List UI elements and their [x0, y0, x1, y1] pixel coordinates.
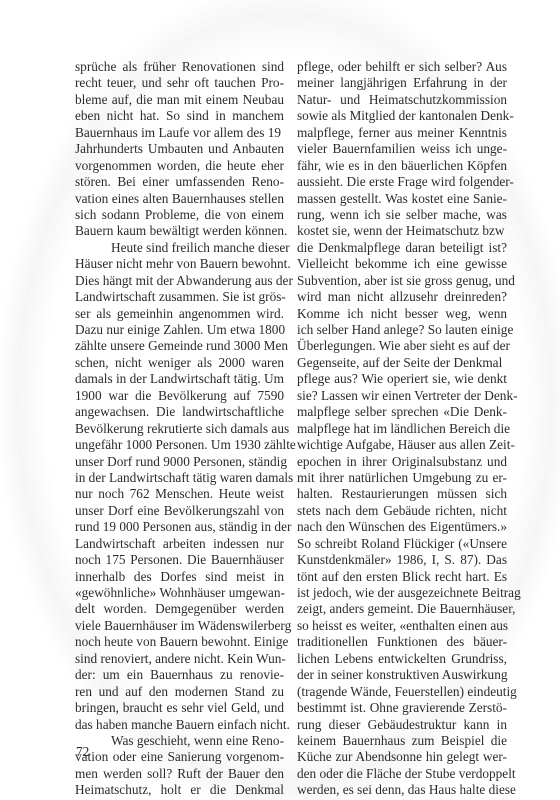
text-line: Bauernhaus im Laufe vor allem des 19 [75, 125, 284, 141]
text-line: das haben manche Bauern einfach nicht. [75, 717, 284, 733]
left-text-column: sprüche als früher Renovationen sind rec… [75, 59, 284, 799]
text-line: ser als gemeinhin angenommen wird. [75, 306, 284, 322]
text-line: wird man nicht allzusehr dreinreden? [297, 289, 507, 305]
text-line: ist jedoch, wie der ausgezeichnete Beitr… [297, 585, 507, 601]
text-line: Dazu nur einige Zahlen. Um etwa 1800 [75, 322, 284, 338]
text-line: sie? Lassen wir einen Vertreter der Denk… [297, 388, 507, 404]
text-line: traditionellen Funktionen des bäuer- [297, 634, 507, 650]
text-line: bestimmt ist. Ohne gravierende Zerstö- [297, 700, 507, 716]
text-line: die Denkmalpflege daran beteiligt ist? [297, 240, 507, 256]
text-line: lichen Lebens entwickelten Grundriss, [297, 651, 507, 667]
text-line: werden, es sei denn, das Haus halte dies… [297, 782, 507, 798]
text-line: pflege aus? Wie operiert sie, wie denkt [297, 371, 507, 387]
text-line: vorgenommen worden, die heute eher [75, 158, 284, 174]
text-line: sprüche als früher Renovationen sind [75, 59, 284, 75]
text-line: nur noch 762 Menschen. Heute weist [75, 486, 284, 502]
book-page: sprüche als früher Renovationen sind rec… [0, 0, 560, 800]
text-line: sowie als Mitglied der kantonalen Denk- [297, 108, 507, 124]
text-line: noch 175 Personen. Die Bauernhäuser [75, 552, 284, 568]
text-line: malpflege hat im ländlichen Bereich die [297, 421, 507, 437]
text-line: meiner langjährigen Erfahrung in der [297, 75, 507, 91]
text-line: Natur- und Heimatschutzkommission [297, 92, 507, 108]
text-line: (tragende Wände, Feuerstellen) eindeutig [297, 684, 507, 700]
text-line: der in seiner konstruktiven Auswirkung [297, 667, 507, 683]
text-line: Subvention, aber ist sie gross genug, un… [297, 273, 507, 289]
text-line: Landwirtschaft zusammen. Sie ist grös- [75, 289, 284, 305]
text-line: Bevölkerung rekrutierte sich damals aus [75, 421, 284, 437]
text-line: Komme ich nicht besser weg, wenn [297, 306, 507, 322]
text-line: epochen in ihrer Originalsubstanz und [297, 454, 507, 470]
text-line: massen gestellt. Was kostet eine Sanie- [297, 191, 507, 207]
text-line: in der Landwirtschaft tätig waren damals [75, 470, 284, 486]
text-line: stören. Bei einer umfassenden Reno- [75, 174, 284, 190]
text-line: zeigt, anders gemeint. Die Bauernhäuser, [297, 601, 507, 617]
text-line: schen, nicht weniger als 2000 waren [75, 355, 284, 371]
text-line: aussieht. Die erste Frage wird folgender… [297, 174, 507, 190]
text-line: recht teuer, und sehr oft tauchen Pro- [75, 75, 284, 91]
text-line: stets nach dem Gebäude richten, nicht [297, 503, 507, 519]
text-line: vation oder eine Sanierung vorgenom- [75, 749, 284, 765]
text-line: malpflege, ferner aus meiner Kenntnis [297, 125, 507, 141]
text-line: halten. Restaurierungen müssen sich [297, 486, 507, 502]
text-line: keinem Bauernhaus zum Beispiel die [297, 733, 507, 749]
text-line: ren und auf den modernen Stand zu [75, 684, 284, 700]
text-line: viele Bauernhäuser im Wädenswilerberg [75, 618, 284, 634]
text-line: den oder die Fläche der Stube verdoppelt [297, 766, 507, 782]
text-line: «gewöhnliche» Wohnhäuser umgewan- [75, 585, 284, 601]
text-line: unser Dorf rund 9000 Personen, ständig [75, 454, 284, 470]
text-line: Dies hängt mit der Abwanderung aus der [75, 273, 284, 289]
text-line: innerhalb des Dorfes sind meist in [75, 569, 284, 585]
page-number: 72 [76, 744, 89, 760]
text-line: bringen, braucht es sehr viel Geld, und [75, 700, 284, 716]
text-line: so heisst es weiter, «enthalten einen au… [297, 618, 507, 634]
text-line: eben nicht hat. So sind in manchem [75, 108, 284, 124]
text-line: Gegenseite, auf der Seite der Denkmal [297, 355, 507, 371]
text-line: 1900 war die Bevölkerung auf 7590 [75, 388, 284, 404]
text-line: sind renoviert, andere nicht. Kein Wun- [75, 651, 284, 667]
text-line: sich sodann Probleme, die von einem [75, 207, 284, 223]
text-line: vieler Bauernfamilien weiss ich unge- [297, 141, 507, 157]
text-line: fähr, wie es in den bäuerlichen Köpfen [297, 158, 507, 174]
text-line: Heimatschutz, holt er die Denkmal [75, 782, 284, 798]
paragraph-start-line: Heute sind freilich manche dieser [75, 240, 284, 256]
text-line: Bauern kaum bewältigt werden können. [75, 223, 284, 239]
text-line: pflege, oder behilft er sich selber? Aus [297, 59, 507, 75]
text-line: malpflege selber sprechen «Die Denk- [297, 404, 507, 420]
text-line: ungefähr 1000 Personen. Um 1930 zählte [75, 437, 284, 453]
text-line: ich selber Hand anlege? So lauten einige [297, 322, 507, 338]
right-text-column: pflege, oder behilft er sich selber? Aus… [297, 59, 507, 799]
text-line: So schreibt Roland Flückiger («Unsere [297, 536, 507, 552]
text-line: vation eines alten Bauernhauses stellen [75, 191, 284, 207]
text-line: Vielleicht bekomme ich eine gewisse [297, 256, 507, 272]
text-line: Landwirtschaft arbeiten indessen nur [75, 536, 284, 552]
text-line: Kunstdenkmäler» 1986, I, S. 87). Das [297, 552, 507, 568]
text-line: Küche zur Abendsonne hin gelegt wer- [297, 749, 507, 765]
text-line: unser Dorf eine Bevölkerungszahl von [75, 503, 284, 519]
text-line: kostet sie, wenn der Heimatschutz bzw [297, 223, 507, 239]
text-line: nach den Wünschen des Eigentümers.» [297, 519, 507, 535]
text-line: wichtige Aufgabe, Häuser aus allen Zeit- [297, 437, 507, 453]
text-line: delt worden. Demgegenüber werden [75, 601, 284, 617]
text-line: Überlegungen. Wie aber sieht es auf der [297, 338, 507, 354]
text-line: Häuser nicht mehr von Bauern bewohnt. [75, 256, 284, 272]
text-line: Jahrhunderts Umbauten und Anbauten [75, 141, 284, 157]
text-line: angewachsen. Die landwirtschaftliche [75, 404, 284, 420]
text-line: der: um ein Bauernhaus zu renovie- [75, 667, 284, 683]
text-line: mit ihrer natürlichen Umgebung zu er- [297, 470, 507, 486]
paragraph-start-line: Was geschieht, wenn eine Reno- [75, 733, 284, 749]
text-line: zählte unsere Gemeinde rund 3000 Men [75, 338, 284, 354]
text-line: rung dieser Gebäudestruktur kann in [297, 717, 507, 733]
text-line: rund 19 000 Personen aus, ständig in der [75, 519, 284, 535]
text-line: tönt auf den ersten Blick recht hart. Es [297, 569, 507, 585]
text-line: noch heute von Bauern bewohnt. Einige [75, 634, 284, 650]
text-line: bleme auf, die man mit einem Neubau [75, 92, 284, 108]
text-line: rung, wenn ich sie selber mache, was [297, 207, 507, 223]
text-line: damals in der Landwirtschaft tätig. Um [75, 371, 284, 387]
text-line: men werden soll? Ruft der Bauer den [75, 766, 284, 782]
